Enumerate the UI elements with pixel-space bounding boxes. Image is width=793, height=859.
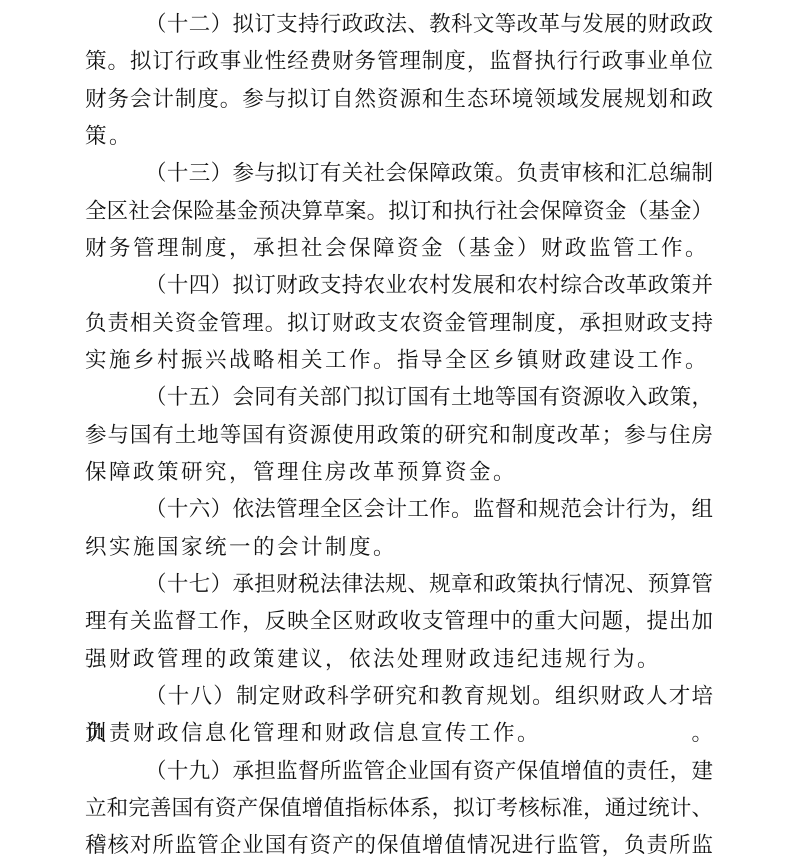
text-line: 财务会计制度。参与拟订自然资源和生态环境领域发展规划和政: [85, 81, 713, 118]
document-body: （十二）拟订支持行政政法、教科文等改革与发展的财政政策。拟订行政事业性经费财务管…: [85, 6, 713, 859]
text-line: （十七）承担财税法律法规、规章和政策执行情况、预算管: [85, 566, 713, 603]
text-line: （十八）制定财政科学研究和教育规划。组织财政人才培训。: [85, 678, 713, 715]
text-line: （十六）依法管理全区会计工作。监督和规范会计行为，组: [85, 491, 713, 528]
text-line: （十三）参与拟订有关社会保障政策。负责审核和汇总编制: [85, 155, 713, 192]
paragraph-item-19: （十九）承担监督所监管企业国有资产保值增值的责任，建立和完善国有资产保值增值指标…: [85, 753, 713, 859]
text-line: 强财政管理的政策建议，依法处理财政违纪违规行为。: [85, 641, 713, 678]
text-line: 策。拟订行政事业性经费财务管理制度，监督执行行政事业单位: [85, 43, 713, 80]
paragraph-item-13: （十三）参与拟订有关社会保障政策。负责审核和汇总编制全区社会保险基金预决算草案。…: [85, 155, 713, 267]
text-line: （十四）拟订财政支持农业农村发展和农村综合改革政策并: [85, 267, 713, 304]
paragraph-item-12: （十二）拟订支持行政政法、教科文等改革与发展的财政政策。拟订行政事业性经费财务管…: [85, 6, 713, 155]
text-line: 保障政策研究，管理住房改革预算资金。: [85, 454, 713, 491]
paragraph-item-15: （十五）会同有关部门拟订国有土地等国有资源收入政策，参与国有土地等国有资源使用政…: [85, 379, 713, 491]
text-line: 策。: [85, 118, 713, 155]
text-line: 稽核对所监管企业国有资产的保值增值情况进行监管，负责所监: [85, 827, 713, 859]
text-line: （十九）承担监督所监管企业国有资产保值增值的责任，建: [85, 753, 713, 790]
paragraph-item-14: （十四）拟订财政支持农业农村发展和农村综合改革政策并负责相关资金管理。拟订财政支…: [85, 267, 713, 379]
paragraph-item-16: （十六）依法管理全区会计工作。监督和规范会计行为，组织实施国家统一的会计制度。: [85, 491, 713, 566]
text-line: 负责相关资金管理。拟订财政支农资金管理制度，承担财政支持: [85, 305, 713, 342]
text-line: 财务管理制度，承担社会保障资金（基金）财政监管工作。: [85, 230, 713, 267]
text-line: 参与国有土地等国有资源使用政策的研究和制度改革；参与住房: [85, 417, 713, 454]
paragraph-item-18: （十八）制定财政科学研究和教育规划。组织财政人才培训。负责财政信息化管理和财政信…: [85, 678, 713, 753]
text-line: 织实施国家统一的会计制度。: [85, 529, 713, 566]
text-line: 立和完善国有资产保值增值指标体系，拟订考核标准，通过统计、: [85, 790, 713, 827]
text-line: 理有关监督工作，反映全区财政收支管理中的重大问题，提出加: [85, 603, 713, 640]
text-line: 实施乡村振兴战略相关工作。指导全区乡镇财政建设工作。: [85, 342, 713, 379]
text-line: （十二）拟订支持行政政法、教科文等改革与发展的财政政: [85, 6, 713, 43]
paragraph-item-17: （十七）承担财税法律法规、规章和政策执行情况、预算管理有关监督工作，反映全区财政…: [85, 566, 713, 678]
text-line: （十五）会同有关部门拟订国有土地等国有资源收入政策，: [85, 379, 713, 416]
document-page: （十二）拟订支持行政政法、教科文等改革与发展的财政政策。拟订行政事业性经费财务管…: [0, 0, 793, 859]
text-line: 全区社会保险基金预决算草案。拟订和执行社会保障资金（基金）: [85, 193, 713, 230]
